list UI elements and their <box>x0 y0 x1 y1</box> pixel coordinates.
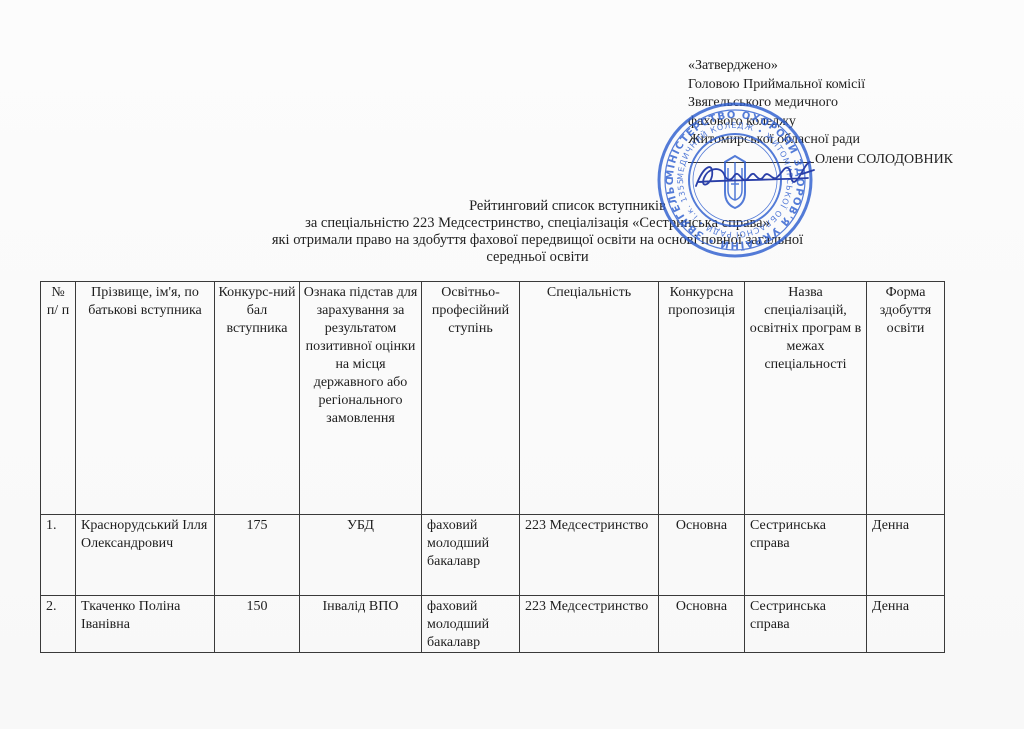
cell-specialty: 223 Медсестринство <box>520 515 659 596</box>
title-line-3: які отримали право на здобуття фахової п… <box>150 232 925 249</box>
header-score: Конкурс-ний бал вступника <box>215 282 300 515</box>
cell-score: 175 <box>215 515 300 596</box>
approval-line: фахового коледжу <box>688 113 953 132</box>
cell-name: Ткаченко Поліна Іванівна <box>76 596 215 653</box>
title-line-1: Рейтинговий список вступників <box>210 198 925 215</box>
cell-basis: УБД <box>300 515 422 596</box>
cell-offer: Основна <box>659 596 745 653</box>
header-offer: Конкурсна пропозиція <box>659 282 745 515</box>
cell-form: Денна <box>867 515 945 596</box>
approval-line: Звягельського медичного <box>688 94 953 113</box>
document-title: Рейтинговий список вступників за спеціал… <box>150 198 925 266</box>
rating-table: № п/ п Прізвище, ім'я, по батькові вступ… <box>40 281 945 653</box>
cell-form: Денна <box>867 596 945 653</box>
header-name: Прізвище, ім'я, по батькові вступника <box>76 282 215 515</box>
cell-specialization: Сестринська справа <box>745 596 867 653</box>
signature-line <box>688 150 814 163</box>
header-specialization: Назва спеціалізацій, освітніх програм в … <box>745 282 867 515</box>
header-specialty: Спеціальність <box>520 282 659 515</box>
header-number: № п/ п <box>41 282 76 515</box>
approval-line: «Затверджено» <box>688 57 953 76</box>
cell-degree: фаховий молодший бакалавр <box>422 596 520 653</box>
cell-name: Краснорудський Ілля Олександрович <box>76 515 215 596</box>
header-basis: Ознака підстав для зарахування за резуль… <box>300 282 422 515</box>
cell-number: 2. <box>41 596 76 653</box>
header-degree: Освітньо-професійний ступінь <box>422 282 520 515</box>
table-row: 2. Ткаченко Поліна Іванівна 150 Інвалід … <box>41 596 945 653</box>
table-header-row: № п/ п Прізвище, ім'я, по батькові вступ… <box>41 282 945 515</box>
cell-basis: Інвалід ВПО <box>300 596 422 653</box>
header-form: Форма здобуття освіти <box>867 282 945 515</box>
table-row: 1. Краснорудський Ілля Олександрович 175… <box>41 515 945 596</box>
approval-line: Головою Приймальної комісії <box>688 76 953 95</box>
approval-block: «Затверджено» Головою Приймальної комісі… <box>688 57 953 169</box>
cell-number: 1. <box>41 515 76 596</box>
signatory-line: Олени СОЛОДОВНИК <box>688 150 953 170</box>
title-line-2: за спеціальністю 223 Медсестринство, спе… <box>150 215 925 232</box>
approval-line: Житомирської обласної ради <box>688 131 953 150</box>
document-page: «Затверджено» Головою Приймальної комісі… <box>0 0 1024 729</box>
cell-offer: Основна <box>659 515 745 596</box>
cell-specialty: 223 Медсестринство <box>520 596 659 653</box>
signatory-name: Олени СОЛОДОВНИК <box>815 152 953 167</box>
cell-degree: фаховий молодший бакалавр <box>422 515 520 596</box>
cell-specialization: Сестринська справа <box>745 515 867 596</box>
cell-score: 150 <box>215 596 300 653</box>
title-line-4: середньої освіти <box>150 249 925 266</box>
